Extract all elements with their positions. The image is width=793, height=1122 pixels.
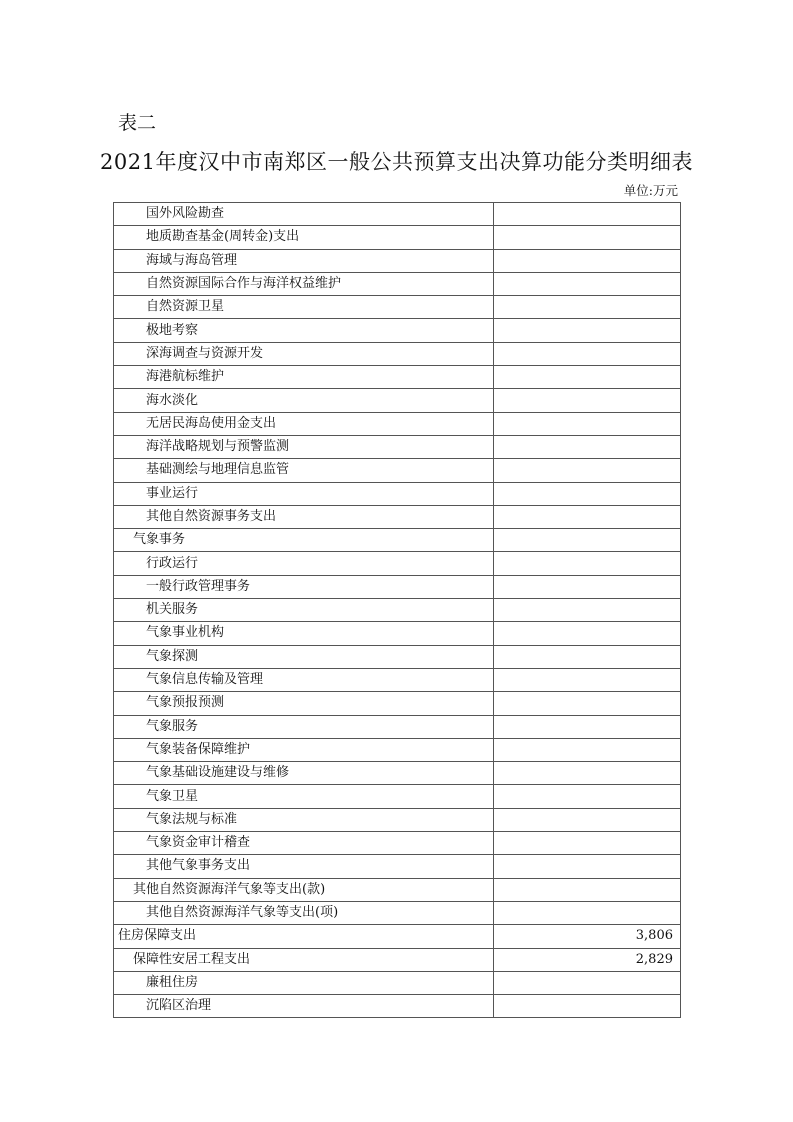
table-row: 气象装备保障维护 xyxy=(114,738,681,761)
row-category-name: 其他自然资源海洋气象等支出(项) xyxy=(114,901,494,924)
expenditure-table: 国外风险勘查地质勘查基金(周转金)支出海域与海岛管理自然资源国际合作与海洋权益维… xyxy=(113,202,681,1018)
row-category-name: 保障性安居工程支出 xyxy=(114,948,494,971)
table-row: 其他气象事务支出 xyxy=(114,855,681,878)
row-amount xyxy=(494,715,681,738)
page-title: 2021年度汉中市南郑区一般公共预算支出决算功能分类明细表 xyxy=(0,146,793,176)
table-row: 气象事业机构 xyxy=(114,622,681,645)
row-category-name: 海域与海岛管理 xyxy=(114,249,494,272)
row-category-name: 海洋战略规划与预警监测 xyxy=(114,435,494,458)
row-amount xyxy=(494,599,681,622)
table-row: 气象预报预测 xyxy=(114,692,681,715)
row-amount xyxy=(494,808,681,831)
row-amount xyxy=(494,412,681,435)
table-row: 气象卫星 xyxy=(114,785,681,808)
table-row: 行政运行 xyxy=(114,552,681,575)
table-row: 深海调查与资源开发 xyxy=(114,342,681,365)
row-amount xyxy=(494,622,681,645)
row-category-name: 气象探测 xyxy=(114,645,494,668)
row-amount xyxy=(494,668,681,691)
table-body: 国外风险勘查地质勘查基金(周转金)支出海域与海岛管理自然资源国际合作与海洋权益维… xyxy=(114,203,681,1018)
table-row: 机关服务 xyxy=(114,599,681,622)
table-row: 事业运行 xyxy=(114,482,681,505)
table-row: 气象法规与标准 xyxy=(114,808,681,831)
table-row: 气象探测 xyxy=(114,645,681,668)
row-category-name: 气象资金审计稽查 xyxy=(114,832,494,855)
row-amount xyxy=(494,272,681,295)
table-row: 保障性安居工程支出2,829 xyxy=(114,948,681,971)
row-category-name: 气象信息传输及管理 xyxy=(114,668,494,691)
row-amount xyxy=(494,366,681,389)
row-category-name: 住房保障支出 xyxy=(114,925,494,948)
row-category-name: 无居民海岛使用金支出 xyxy=(114,412,494,435)
row-amount xyxy=(494,249,681,272)
row-amount xyxy=(494,645,681,668)
table-row: 极地考察 xyxy=(114,319,681,342)
row-category-name: 国外风险勘查 xyxy=(114,203,494,226)
table-row: 气象事务 xyxy=(114,529,681,552)
table-label: 表二 xyxy=(118,108,156,135)
row-category-name: 自然资源卫星 xyxy=(114,296,494,319)
row-category-name: 沉陷区治理 xyxy=(114,995,494,1018)
row-category-name: 气象事务 xyxy=(114,529,494,552)
row-amount: 2,829 xyxy=(494,948,681,971)
row-amount xyxy=(494,552,681,575)
row-amount xyxy=(494,226,681,249)
row-category-name: 海港航标维护 xyxy=(114,366,494,389)
row-category-name: 其他气象事务支出 xyxy=(114,855,494,878)
row-category-name: 廉租住房 xyxy=(114,971,494,994)
table-row: 气象服务 xyxy=(114,715,681,738)
row-amount xyxy=(494,435,681,458)
table-row: 其他自然资源海洋气象等支出(项) xyxy=(114,901,681,924)
table-row: 无居民海岛使用金支出 xyxy=(114,412,681,435)
table-row: 气象信息传输及管理 xyxy=(114,668,681,691)
table-row: 沉陷区治理 xyxy=(114,995,681,1018)
row-amount xyxy=(494,529,681,552)
row-amount xyxy=(494,855,681,878)
table-row: 自然资源卫星 xyxy=(114,296,681,319)
table-row: 气象基础设施建设与维修 xyxy=(114,762,681,785)
table-row: 气象资金审计稽查 xyxy=(114,832,681,855)
row-category-name: 深海调查与资源开发 xyxy=(114,342,494,365)
table-row: 廉租住房 xyxy=(114,971,681,994)
row-category-name: 气象事业机构 xyxy=(114,622,494,645)
row-category-name: 气象基础设施建设与维修 xyxy=(114,762,494,785)
row-category-name: 气象装备保障维护 xyxy=(114,738,494,761)
row-amount xyxy=(494,692,681,715)
row-amount xyxy=(494,575,681,598)
unit-label: 单位:万元 xyxy=(624,181,678,199)
row-amount xyxy=(494,342,681,365)
row-amount xyxy=(494,878,681,901)
row-amount xyxy=(494,762,681,785)
row-amount xyxy=(494,296,681,319)
row-category-name: 海水淡化 xyxy=(114,389,494,412)
row-amount xyxy=(494,389,681,412)
table-row: 海域与海岛管理 xyxy=(114,249,681,272)
row-category-name: 极地考察 xyxy=(114,319,494,342)
row-amount xyxy=(494,482,681,505)
row-category-name: 基础测绘与地理信息监管 xyxy=(114,459,494,482)
row-category-name: 事业运行 xyxy=(114,482,494,505)
table-row: 基础测绘与地理信息监管 xyxy=(114,459,681,482)
row-category-name: 地质勘查基金(周转金)支出 xyxy=(114,226,494,249)
row-category-name: 一般行政管理事务 xyxy=(114,575,494,598)
row-category-name: 机关服务 xyxy=(114,599,494,622)
row-amount xyxy=(494,738,681,761)
row-amount xyxy=(494,995,681,1018)
row-amount xyxy=(494,319,681,342)
row-category-name: 气象卫星 xyxy=(114,785,494,808)
table-row: 地质勘查基金(周转金)支出 xyxy=(114,226,681,249)
table-row: 一般行政管理事务 xyxy=(114,575,681,598)
row-amount xyxy=(494,785,681,808)
row-category-name: 气象预报预测 xyxy=(114,692,494,715)
row-amount xyxy=(494,901,681,924)
table-row: 国外风险勘查 xyxy=(114,203,681,226)
row-category-name: 其他自然资源海洋气象等支出(款) xyxy=(114,878,494,901)
table-row: 海港航标维护 xyxy=(114,366,681,389)
table-row: 海水淡化 xyxy=(114,389,681,412)
row-category-name: 自然资源国际合作与海洋权益维护 xyxy=(114,272,494,295)
row-category-name: 气象法规与标准 xyxy=(114,808,494,831)
row-category-name: 行政运行 xyxy=(114,552,494,575)
table-row: 海洋战略规划与预警监测 xyxy=(114,435,681,458)
table-row: 其他自然资源海洋气象等支出(款) xyxy=(114,878,681,901)
row-amount xyxy=(494,459,681,482)
row-amount xyxy=(494,203,681,226)
row-amount: 3,806 xyxy=(494,925,681,948)
row-amount xyxy=(494,832,681,855)
table-row: 其他自然资源事务支出 xyxy=(114,505,681,528)
row-category-name: 其他自然资源事务支出 xyxy=(114,505,494,528)
table-row: 住房保障支出3,806 xyxy=(114,925,681,948)
row-amount xyxy=(494,505,681,528)
row-category-name: 气象服务 xyxy=(114,715,494,738)
row-amount xyxy=(494,971,681,994)
table-row: 自然资源国际合作与海洋权益维护 xyxy=(114,272,681,295)
